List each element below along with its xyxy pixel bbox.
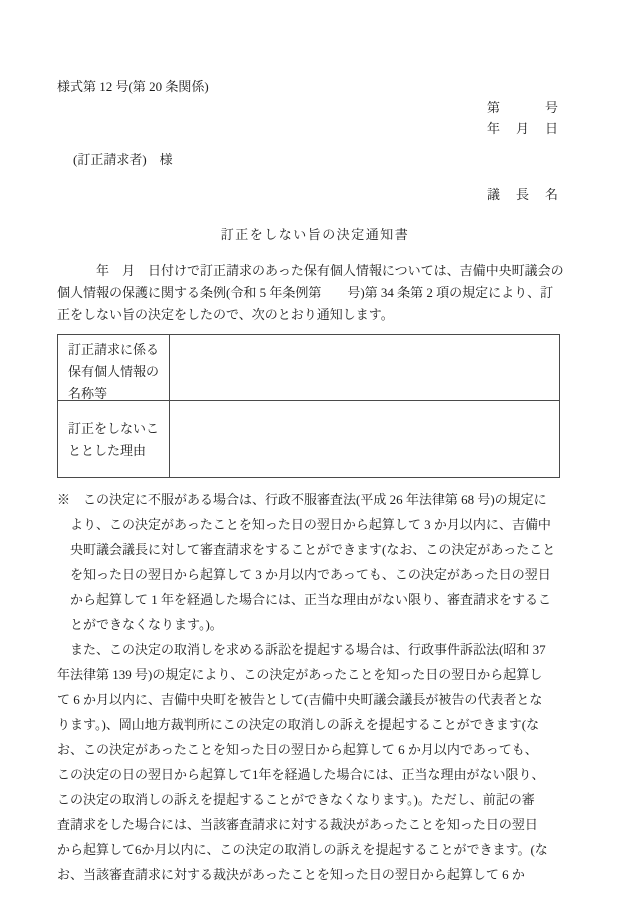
note-line: から起算して6か月以内に、この決定の取消しの訴えを提起することができます。(な xyxy=(57,837,578,862)
label-line: 訂正をしないこ xyxy=(68,418,163,440)
note-line: 年法律第 139 号)の規定により、この決定があったことを知った日の翌日から起算… xyxy=(57,662,578,687)
document-page: 様式第 12 号(第 20 条関係) 第 号 年 月 日 (訂正請求者) 様 議… xyxy=(0,0,630,903)
note-line: ります。)、岡山地方裁判所にこの決定の取消しの訴えを提起することができます(な xyxy=(57,712,578,737)
signer-name: 議 長 名 xyxy=(487,187,558,203)
note-line: この決定の取消しの訴えを提起することができなくなります。)。ただし、前記の審 xyxy=(57,787,578,812)
note-line: お、この決定があったことを知った日の翌日から起算して 6 か月以内であっても、 xyxy=(57,737,578,762)
body-line: 年 月 日付けで訂正請求のあった保有個人情報については、吉備中央町議会の xyxy=(57,260,577,282)
row-value-reason xyxy=(169,400,559,477)
note-line: て 6 か月以内に、吉備中央町を被告として(吉備中央町議会議長が被告の代表者とな xyxy=(57,687,578,712)
note-line: 査請求をした場合には、当該審査請求に対する裁決があったことを知った日の翌日 xyxy=(57,812,578,837)
note-line: を知った日の翌日から起算して 3 か月以内であっても、この決定があった日の翌日 xyxy=(57,562,578,587)
note-line: お、当該審査請求に対する裁決があったことを知った日の翌日から起算して 6 か xyxy=(57,862,578,887)
row-label-reason: 訂正をしないこ ととした理由 xyxy=(58,400,169,477)
note-section: ※ この決定に不服がある場合は、行政不服審査法(平成 26 年法律第 68 号)… xyxy=(57,487,578,887)
note-paragraph-appeal: ※ この決定に不服がある場合は、行政不服審査法(平成 26 年法律第 68 号)… xyxy=(57,487,578,637)
body-line: 正をしない旨の決定をしたので、次のとおり通知します。 xyxy=(57,304,577,326)
row-value-information-name xyxy=(169,335,559,400)
doc-number-line: 第 号 xyxy=(487,97,558,118)
row-label-information-name: 訂正請求に係る 保有個人情報の 名称等 xyxy=(58,335,169,400)
body-line: 個人情報の保護に関する条例(令和 5 年条例第 号)第 34 条第 2 項の規定… xyxy=(57,282,577,304)
signer-char: 名 xyxy=(545,187,558,203)
form-number: 様式第 12 号(第 20 条関係) xyxy=(57,79,209,95)
date-day-label: 日 xyxy=(545,118,558,139)
info-table: 訂正請求に係る 保有個人情報の 名称等 訂正をしないこ ととした理由 xyxy=(57,334,560,478)
date-month-label: 月 xyxy=(516,118,529,139)
document-title: 訂正をしない旨の決定通知書 xyxy=(0,227,630,243)
body-paragraph: 年 月 日付けで訂正請求のあった保有個人情報については、吉備中央町議会の 個人情… xyxy=(57,260,577,326)
doc-date-line: 年 月 日 xyxy=(487,118,558,139)
note-line: とができなくなります。)。 xyxy=(57,612,578,637)
note-line: より、この決定があったことを知った日の翌日から起算して 3 か月以内に、吉備中 xyxy=(57,512,578,537)
label-line: ととした理由 xyxy=(68,440,163,462)
label-line: 訂正請求に係る xyxy=(68,339,163,361)
note-line: また、この決定の取消しを求める訴訟を提起する場合は、行政事件訴訟法(昭和 37 xyxy=(57,637,578,662)
signer-char: 長 xyxy=(516,187,529,203)
note-line: 央町議会議長に対して審査請求をすることができます(なお、この決定があったこと xyxy=(57,537,578,562)
note-line: ※ この決定に不服がある場合は、行政不服審査法(平成 26 年法律第 68 号)… xyxy=(57,487,578,512)
date-year-label: 年 xyxy=(487,118,500,139)
doc-number-suffix: 号 xyxy=(545,97,558,118)
signer-char: 議 xyxy=(487,187,500,203)
note-line: この決定の日の翌日から起算して1年を経過した場合には、正当な理由がない限り、 xyxy=(57,762,578,787)
doc-number-prefix: 第 xyxy=(487,97,500,118)
label-line: 保有個人情報の xyxy=(68,361,163,383)
doc-meta-block: 第 号 年 月 日 xyxy=(487,97,558,139)
note-paragraph-lawsuit: また、この決定の取消しを求める訴訟を提起する場合は、行政事件訴訟法(昭和 37 … xyxy=(57,637,578,887)
addressee: (訂正請求者) 様 xyxy=(73,152,173,168)
note-line: から起算して 1 年を経過した場合には、正当な理由がない限り、審査請求をするこ xyxy=(57,587,578,612)
